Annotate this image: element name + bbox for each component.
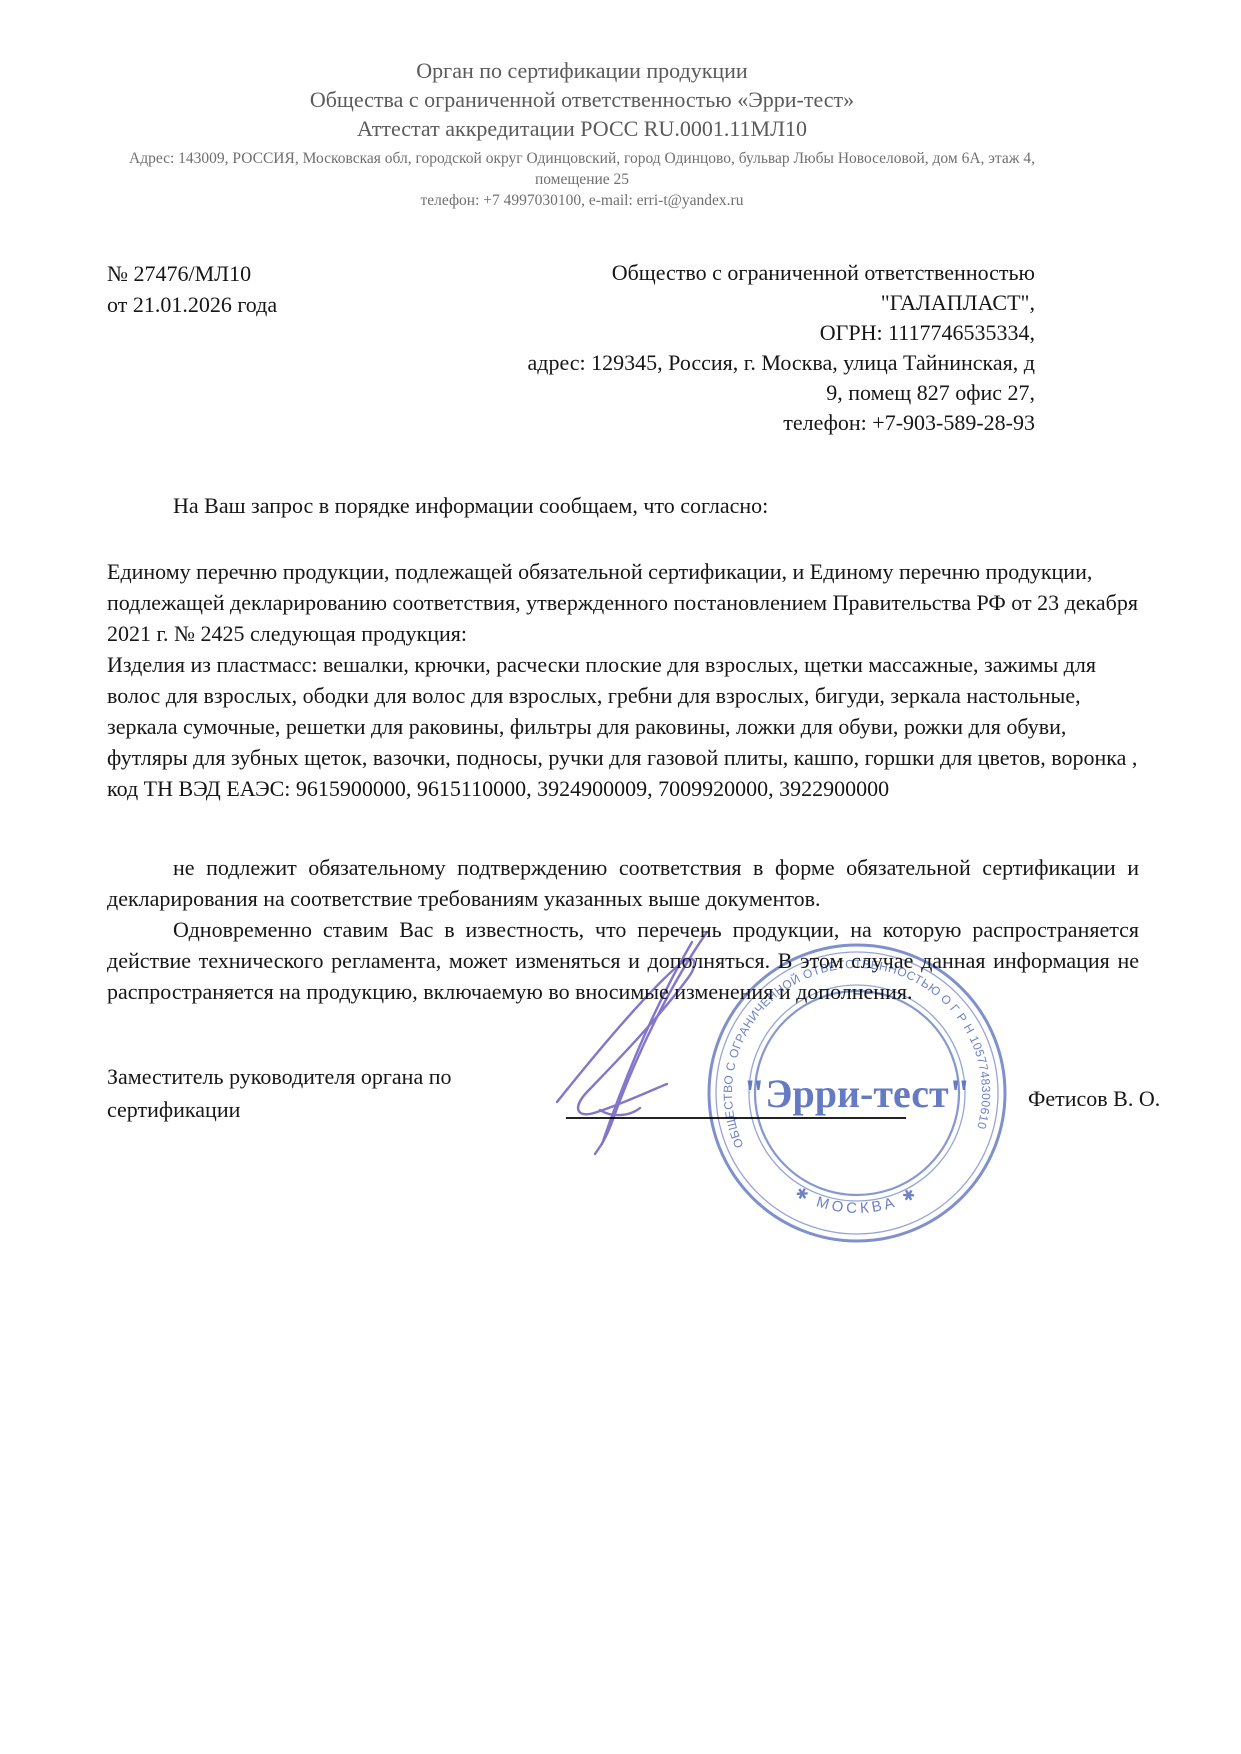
letterhead: Орган по сертификации продукции Общества… bbox=[107, 56, 1057, 211]
org-contact-line: телефон: +7 4997030100, e-mail: erri-t@y… bbox=[107, 190, 1057, 211]
recipient-line: телефон: +7-903-589-28-93 bbox=[475, 408, 1035, 438]
reference-block: № 27476/МЛ10 от 21.01.2026 года bbox=[107, 258, 277, 320]
signatory-title-line: сертификации bbox=[107, 1093, 452, 1126]
recipient-line: ОГРН: 1117746535334, bbox=[475, 318, 1035, 348]
recipient-block: Общество с ограниченной ответственностью… bbox=[475, 258, 1035, 438]
org-title-line: Орган по сертификации продукции bbox=[107, 56, 1057, 85]
recipient-line: адрес: 129345, Россия, г. Москва, улица … bbox=[475, 348, 1035, 378]
org-address-line-2: помещение 25 bbox=[107, 169, 1057, 190]
signer-name: Фетисов В. О. bbox=[1028, 1086, 1160, 1112]
stamp-center-text: "Эрри-тест" bbox=[743, 1071, 971, 1116]
company-stamp: ОБЩЕСТВО С ОГРАНИЧЕННОЙ ОТВЕТСТВЕННОСТЬЮ… bbox=[705, 941, 1009, 1245]
accreditation-line: Аттестат аккредитации РОСС RU.0001.11МЛ1… bbox=[107, 114, 1057, 143]
intro-paragraph: На Ваш запрос в порядке информации сообщ… bbox=[107, 490, 1139, 521]
products-block: Единому перечню продукции, подлежащей об… bbox=[107, 556, 1139, 804]
org-address-line-1: Адрес: 143009, РОССИЯ, Московская обл, г… bbox=[107, 148, 1057, 169]
regulation-paragraph: Единому перечню продукции, подлежащей об… bbox=[107, 556, 1139, 649]
signatory-title: Заместитель руководителя органа по серти… bbox=[107, 1060, 452, 1126]
reference-date: от 21.01.2026 года bbox=[107, 289, 277, 320]
reference-number: № 27476/МЛ10 bbox=[107, 258, 277, 289]
recipient-line: 9, помещ 827 офис 27, bbox=[475, 378, 1035, 408]
recipient-line: Общество с ограниченной ответственностью bbox=[475, 258, 1035, 288]
recipient-line: "ГАЛАПЛАСТ", bbox=[475, 288, 1035, 318]
svg-text:✱ МОСКВА ✱: ✱ МОСКВА ✱ bbox=[792, 1184, 922, 1217]
handwritten-signature bbox=[542, 912, 732, 1162]
org-name-line: Общества с ограниченной ответственностью… bbox=[107, 85, 1057, 114]
products-paragraph: Изделия из пластмасс: вешалки, крючки, р… bbox=[107, 649, 1139, 804]
signature-stroke bbox=[557, 959, 694, 1115]
stamp-city-text: ✱ МОСКВА ✱ bbox=[792, 1184, 922, 1217]
conclusion-paragraph: не подлежит обязательному подтверждению … bbox=[107, 852, 1139, 914]
certification-letter-page: Орган по сертификации продукции Общества… bbox=[0, 0, 1241, 1754]
signature-stroke bbox=[595, 932, 707, 1154]
signatory-title-line: Заместитель руководителя органа по bbox=[107, 1060, 452, 1093]
